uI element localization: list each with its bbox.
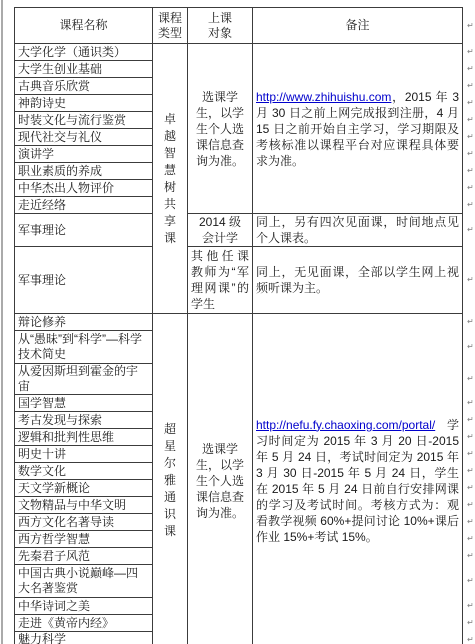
row-end-mark-icon: ↵ [467,201,475,209]
course-name-cell: 中国古典小说巅峰—四大名著鉴赏 [15,565,153,598]
course-name-cell: 辩论修养 [15,314,153,331]
course-name-cell: 军事理论 [15,247,153,314]
row-end-mark-icon: ↵ [467,399,475,407]
row-end-mark-icon: ↵ [467,484,475,492]
zhihuishu-link[interactable]: http://www.zhihuishu.com [256,90,391,104]
course-name-cell: 现代社交与礼仪 [15,129,153,146]
row-end-mark-icon: ↵ [467,133,475,141]
course-name-cell: 中华杰出人物评价 [15,180,153,197]
row-end-mark-icon: ↵ [467,116,475,124]
vertical-type-label: 卓越智慧树共享课 [164,111,177,247]
course-row: 辩论修养 超星尔雅通识课 选课学生，以学生个人选课信息查询为准。 http://… [15,314,463,331]
course-name-cell: 时装文化与流行鉴赏 [15,112,153,129]
course-name-cell: 魅力科学 [15,632,153,644]
course-name-cell: 考古发现与探索 [15,412,153,429]
course-type-cell-group1: 卓越智慧树共享课 [153,44,188,314]
row-end-mark-icon: ↵ [467,450,475,458]
row-end-mark-icon: ↵ [467,184,475,192]
course-name-cell: 军事理论 [15,214,153,247]
military-theory-row-1: 军事理论 2014 级 会计学 同上，另有四次见面课，时间地点见个人课表。 [15,214,463,247]
audience-cell-military-1: 2014 级 会计学 [188,214,253,247]
header-audience: 上课 对象 [188,8,253,44]
audience-cell-group1: 选课学生，以学生个人选课信息查询为准。 [188,44,253,214]
course-name-cell: 大学生创业基础 [15,61,153,78]
row-end-mark-icon: ↵ [467,518,475,526]
remark-text-group2: 学习时间定为 2015 年 3 月 20 日-2015 年 5 月 24 日，考… [256,418,459,544]
row-end-mark-icon: ↵ [467,577,475,585]
header-remark: 备注 [253,8,463,44]
course-name-cell: 从“愚昧”到“科学”—科学技术简史 [15,331,153,364]
row-end-mark-icon: ↵ [467,22,475,30]
course-row: 大学化学（通识类） 卓越智慧树共享课 选课学生，以学生个人选课信息查询为准。 h… [15,44,463,61]
course-name-cell: 西方文化名著导读 [15,514,153,531]
course-name-cell: 天文学新概论 [15,480,153,497]
row-end-mark-icon: ↵ [467,150,475,158]
course-name-cell: 走进《黄帝内经》 [15,615,153,632]
course-name-cell: 走近经络 [15,197,153,214]
course-name-cell: 神韵诗史 [15,95,153,112]
row-end-mark-icon: ↵ [467,552,475,560]
row-end-mark-icon: ↵ [467,535,475,543]
course-table: 课程名称 课程 类型 上课 对象 备注 大学化学（通识类） 卓越智慧树共享课 选… [14,7,463,644]
header-course-name: 课程名称 [15,8,153,44]
course-name-cell: 数学文化 [15,463,153,480]
header-course-type: 课程 类型 [153,8,188,44]
course-name-cell: 国学智慧 [15,395,153,412]
audience-cell-group2: 选课学生，以学生个人选课信息查询为准。 [188,314,253,644]
course-name-cell: 西方哲学智慧 [15,531,153,548]
row-end-mark-icon: ↵ [467,636,475,644]
course-name-cell: 大学化学（通识类） [15,44,153,61]
row-end-mark-icon: ↵ [467,619,475,627]
remark-cell-group2: http://nefu.fy.chaoxing.com/portal/ 学习时间… [253,314,463,644]
header-row: 课程名称 课程 类型 上课 对象 备注 [15,8,463,44]
military-theory-row-2: 军事理论 其他任课教师为“军理网课”的学生 同上，无见面课，全部以学生网上视频听… [15,247,463,314]
row-end-mark-icon: ↵ [467,226,475,234]
row-end-mark-icon: ↵ [467,501,475,509]
course-type-cell-group2: 超星尔雅通识课 [153,314,188,644]
row-end-mark-icon: ↵ [467,416,475,424]
page-left-edge [1,0,3,644]
row-end-mark-icon: ↵ [467,433,475,441]
vertical-type-label: 超星尔雅通识课 [164,421,177,540]
remark-cell-group1: http://www.zhihuishu.com，2015 年 3 月 30 日… [253,44,463,214]
row-end-mark-icon: ↵ [467,276,475,284]
course-name-cell: 演讲学 [15,146,153,163]
audience-cell-military-2: 其他任课教师为“军理网课”的学生 [188,247,253,314]
row-end-mark-icon: ↵ [467,99,475,107]
course-name-cell: 先秦君子风范 [15,548,153,565]
course-name-cell: 从爱因斯坦到霍金的宇宙 [15,364,153,395]
course-name-cell: 文物精品与中华文明 [15,497,153,514]
row-end-mark-icon: ↵ [467,65,475,73]
course-name-cell: 古典音乐欣赏 [15,78,153,95]
row-end-mark-icon: ↵ [467,82,475,90]
course-name-cell: 逻辑和批判性思维 [15,429,153,446]
row-end-mark-icon: ↵ [467,467,475,475]
chaoxing-link[interactable]: http://nefu.fy.chaoxing.com/portal/ [256,418,435,432]
remark-cell-military-2: 同上，无见面课，全部以学生网上视频听课为主。 [253,247,463,314]
course-name-cell: 明史十讲 [15,446,153,463]
course-name-cell: 职业素质的养成 [15,163,153,180]
row-end-mark-icon: ↵ [467,167,475,175]
row-end-mark-icon: ↵ [467,318,475,326]
row-end-mark-icon: ↵ [467,48,475,56]
row-end-mark-icon: ↵ [467,602,475,610]
remark-cell-military-1: 同上，另有四次见面课，时间地点见个人课表。 [253,214,463,247]
row-end-mark-icon: ↵ [467,343,475,351]
course-name-cell: 中华诗词之美 [15,598,153,615]
row-end-mark-icon: ↵ [467,375,475,383]
